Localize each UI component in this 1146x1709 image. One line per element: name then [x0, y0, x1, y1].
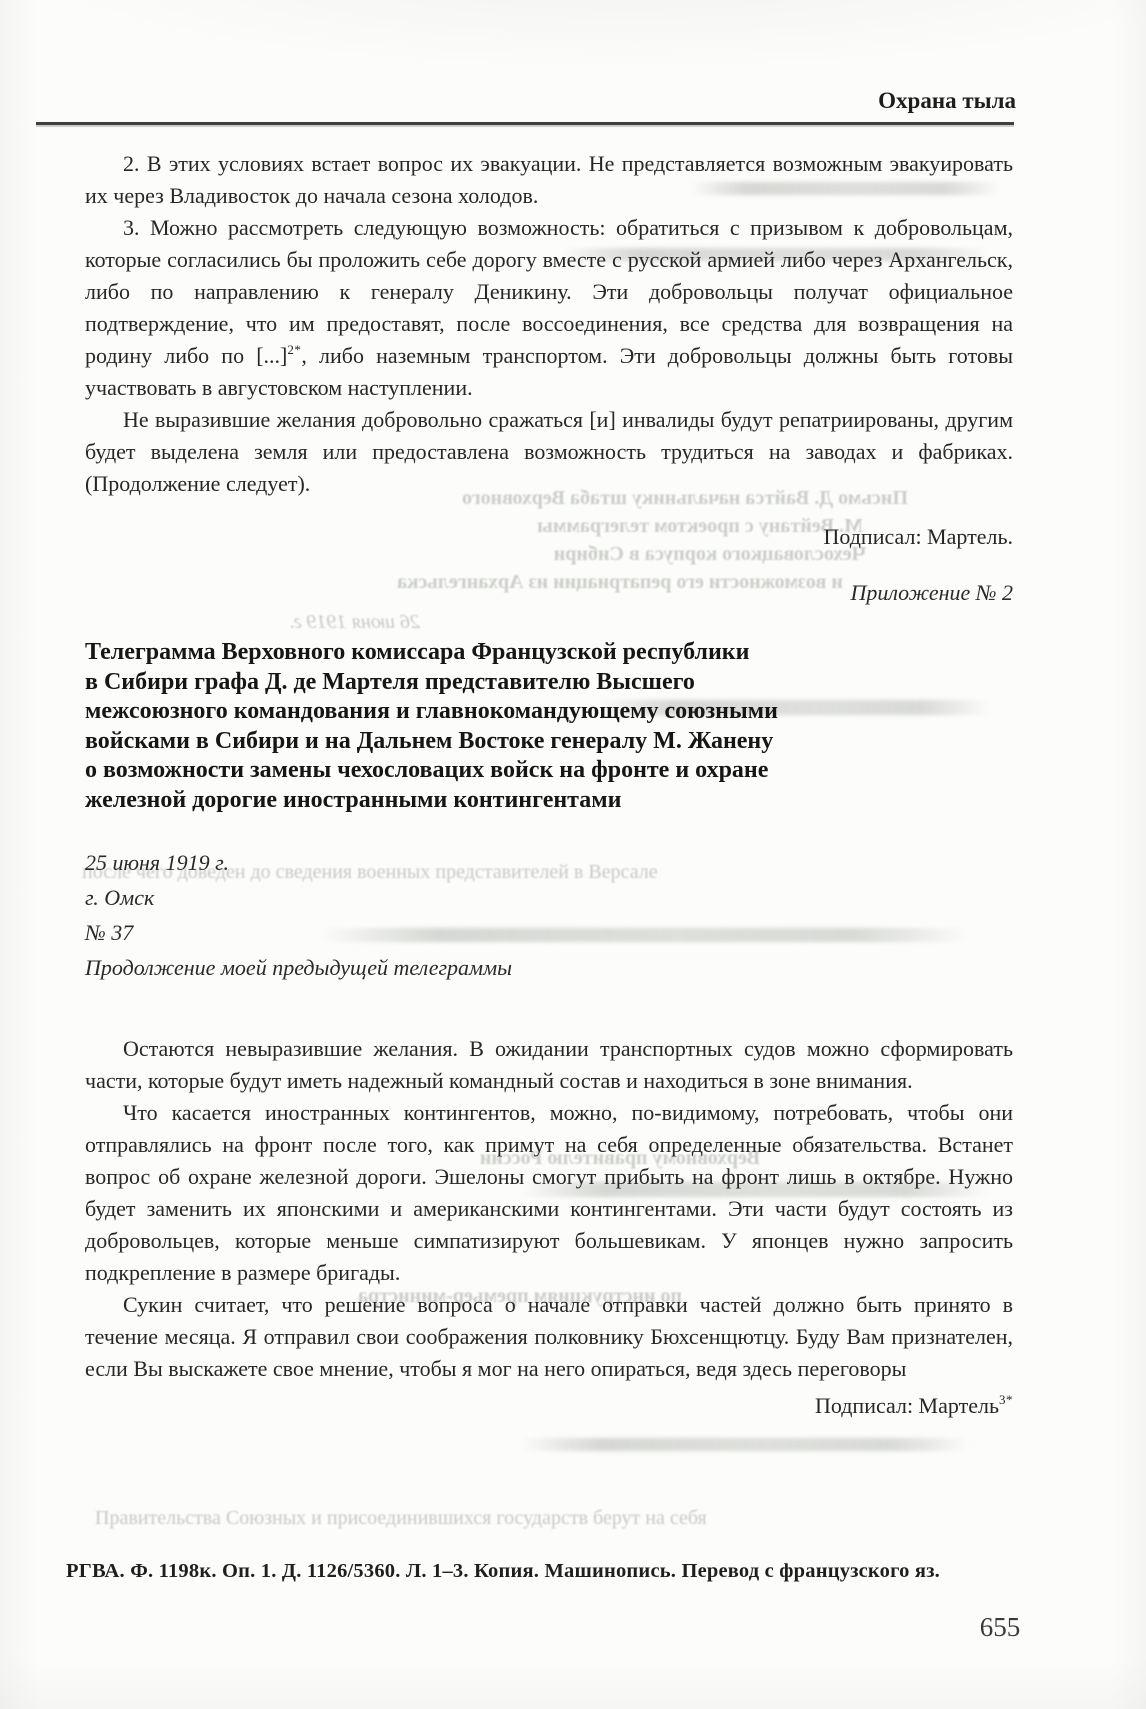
footnote-marker-3: 3*: [999, 1392, 1013, 1407]
document-title-line: железной дорогие иностранными контингент…: [85, 786, 1013, 816]
doc2-paragraph-2: Что касается иностранных контингентов, м…: [85, 1097, 1013, 1289]
document-place: г. Омск: [85, 880, 1013, 915]
document-title-line: Телеграмма Верховного комиссара Французс…: [85, 638, 1013, 668]
footnote-marker-2: 2*: [287, 342, 301, 357]
page-number: 655: [960, 1612, 1040, 1643]
doc2-paragraph-3: Сукин считает, что решение вопроса о нач…: [85, 1289, 1013, 1385]
document-title: Телеграмма Верховного комиссара Французс…: [85, 638, 1013, 815]
running-head-title: Охрана тыла: [36, 88, 1016, 114]
doc1-paragraph-2: 2. В этих условиях встает вопрос их эвак…: [85, 148, 1013, 212]
document-title-line: о возможности замены чехословацих войск …: [85, 756, 1013, 786]
document-title-line: в Сибири графа Д. де Мартеля представите…: [85, 668, 1013, 698]
doc2-signature: Подписал: Мартель3*: [85, 1391, 1013, 1421]
doc1-paragraph-3: 3. Можно рассмотреть следующую возможнос…: [85, 212, 1013, 404]
bleedthrough-text: Правительства Союзных и присоединившихся…: [95, 1506, 1005, 1530]
document-title-line: межсоюзного командования и главнокоманду…: [85, 697, 1013, 727]
header-rule: [36, 122, 1014, 125]
bleedthrough-smudge: [520, 1438, 970, 1451]
archival-source-line: РГВА. Ф. 1198к. Оп. 1. Д. 1126/5360. Л. …: [66, 1560, 1086, 1583]
document-subject: Продолжение моей предыдущей телеграммы: [85, 950, 1013, 985]
dateline: 25 июня 1919 г. г. Омск № 37 Продолжение…: [85, 845, 1013, 985]
document-number: № 37: [85, 915, 1013, 950]
text-column: 2. В этих условиях встает вопрос их эвак…: [85, 148, 1013, 1421]
scanned-book-page: Письмо Д. Вайтса начальнику штаба Верхов…: [0, 0, 1146, 1709]
doc2-signature-text: Подписал: Мартель: [815, 1393, 999, 1418]
doc1-paragraph-4: Не выразившие желания добровольно сражат…: [85, 404, 1013, 500]
document-title-line: войсками в Сибири и на Дальнем Востоке г…: [85, 727, 1013, 757]
annex-label: Приложение № 2: [85, 580, 1013, 606]
doc1-signature: Подписал: Мартель.: [85, 522, 1013, 552]
document-date: 25 июня 1919 г.: [85, 845, 1013, 880]
doc2-paragraph-1: Остаются невыразившие желания. В ожидани…: [85, 1033, 1013, 1097]
